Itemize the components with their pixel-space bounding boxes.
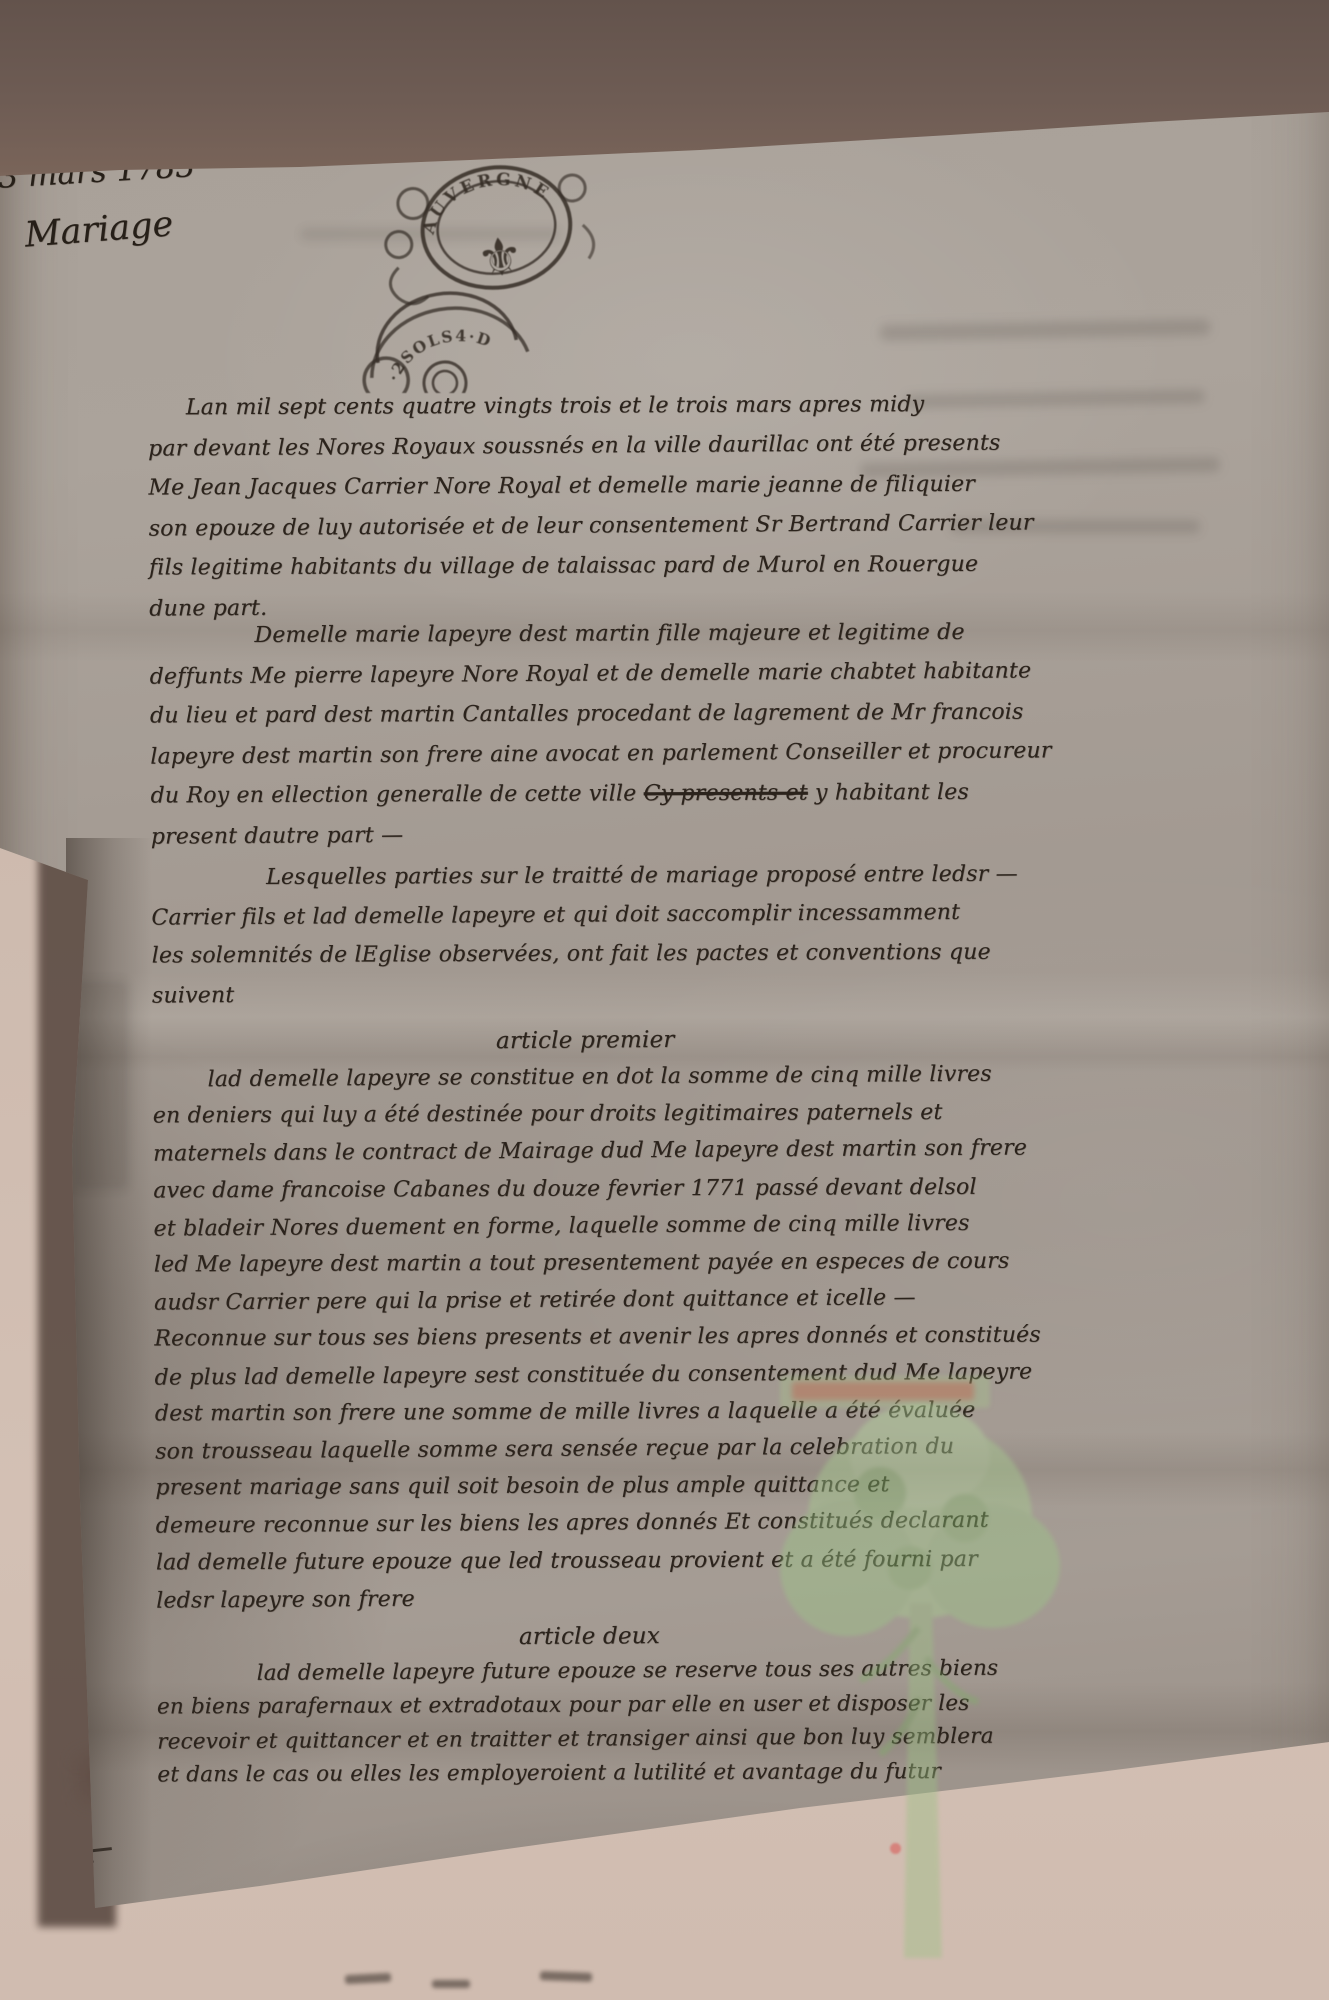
manuscript-line: Reconnue sur tous ses biens presents et …: [154, 1317, 1020, 1358]
manuscript-line: Lan mil sept cents quatre vingts trois e…: [148, 385, 1014, 429]
manuscript-line: avec dame francoise Cabanes du douze fev…: [153, 1168, 1019, 1209]
manuscript-line: en deniers qui luy a été destinée pour d…: [153, 1094, 1019, 1135]
manuscript-line: present dautre part —: [151, 812, 1017, 858]
manuscript-line: audsr Carrier pere qui la prise et retir…: [154, 1279, 1020, 1322]
manuscript-line: Demelle marie lapeyre dest martin fille …: [149, 613, 1015, 657]
manuscript-line: du Roy en ellection generalle de cette v…: [150, 773, 1016, 817]
manuscript-line: Me Jean Jacques Carrier Nore Royal et de…: [148, 465, 1014, 509]
manuscript-line: led Me lapeyre dest martin a tout presen…: [154, 1243, 1020, 1284]
cropped-ink-fragment: [345, 1973, 391, 1984]
manuscript-line: maternels dans le contract de Mairage du…: [153, 1130, 1019, 1173]
article-heading: article premier: [152, 1020, 1018, 1062]
cropped-ink-fragment: [540, 1971, 592, 1982]
manuscript-line: fils legitime habitants du village de ta…: [149, 545, 1015, 589]
manuscript-section-bride-party: Demelle marie lapeyre dest martin fille …: [149, 612, 1017, 858]
photograph: AUVERGNE ⚜ ·2SOLS4·D 3 mars: [0, 0, 1329, 2000]
manuscript-sheet: AUVERGNE ⚜ ·2SOLS4·D 3 mars: [0, 0, 1329, 2000]
tree-watermark-icon: [770, 1398, 1070, 1998]
manuscript-line: les solemnités de lEglise observées, ont…: [152, 933, 1018, 976]
handwritten-text-layer: 3 mars 1783 Mariage Lan mil sept cents q…: [0, 0, 1329, 2000]
manuscript-line: par devant les Nores Royaux soussnés en …: [148, 424, 1014, 470]
manuscript-section-agreement: Lesquelles parties sur le traitté de mar…: [151, 854, 1018, 1016]
manuscript-line: lapeyre dest martin son frere aine avoca…: [150, 732, 1016, 778]
manuscript-line: Lesquelles parties sur le traitté de mar…: [151, 855, 1017, 898]
cropped-ink-fragment: [432, 1980, 470, 1988]
manuscript-line: Carrier fils et lad demelle lapeyre et q…: [151, 893, 1017, 938]
manuscript-line: son epouze de luy autorisée et de leur c…: [149, 504, 1015, 550]
docket-date: 3 mars 1783: [0, 148, 196, 196]
manuscript-line: suivent: [152, 971, 1018, 1016]
manuscript-line: du lieu et pard dest martin Cantalles pr…: [150, 693, 1016, 737]
manuscript-line: deffunts Me pierre lapeyre Nore Royal et…: [150, 652, 1016, 698]
manuscript-line: lad demelle lapeyre se constitue en dot …: [152, 1056, 1018, 1099]
docket-title: Mariage: [23, 204, 174, 255]
manuscript-line: et bladeir Nores duement en forme, laque…: [153, 1204, 1019, 1247]
manuscript-section-opening: Lan mil sept cents quatre vingts trois e…: [148, 384, 1016, 630]
manuscript-body: Lan mil sept cents quatre vingts trois e…: [0, 0, 1322, 5]
